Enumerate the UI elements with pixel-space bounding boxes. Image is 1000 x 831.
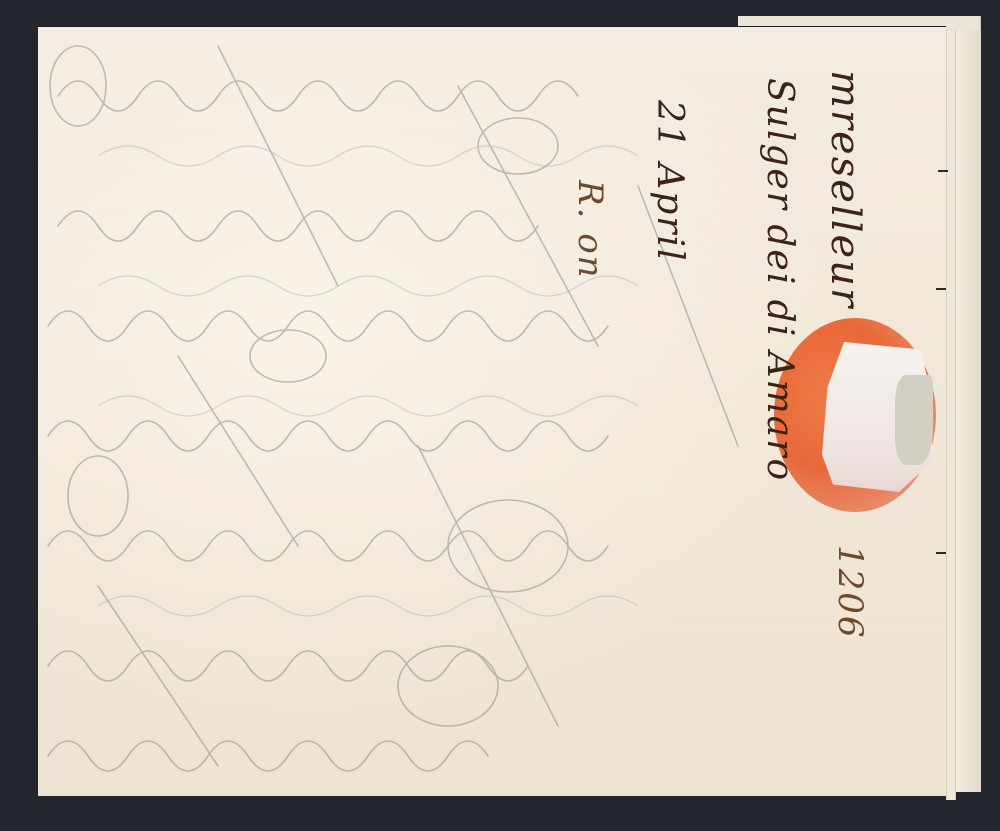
fold-tick-mark: [936, 552, 946, 554]
fold-tick-mark: [936, 288, 946, 290]
letter-fold-edge: [946, 30, 956, 800]
docket-line-1: mreselleur: [822, 70, 868, 309]
seal-shadow: [895, 375, 933, 465]
docket-line-4: R. on: [570, 180, 610, 280]
docket-line-2: Sulger dei di Amaro: [759, 78, 800, 482]
docket-line-3: 21 April: [649, 100, 690, 263]
docket-year: 1206: [830, 545, 870, 640]
fold-tick-mark: [938, 170, 948, 172]
